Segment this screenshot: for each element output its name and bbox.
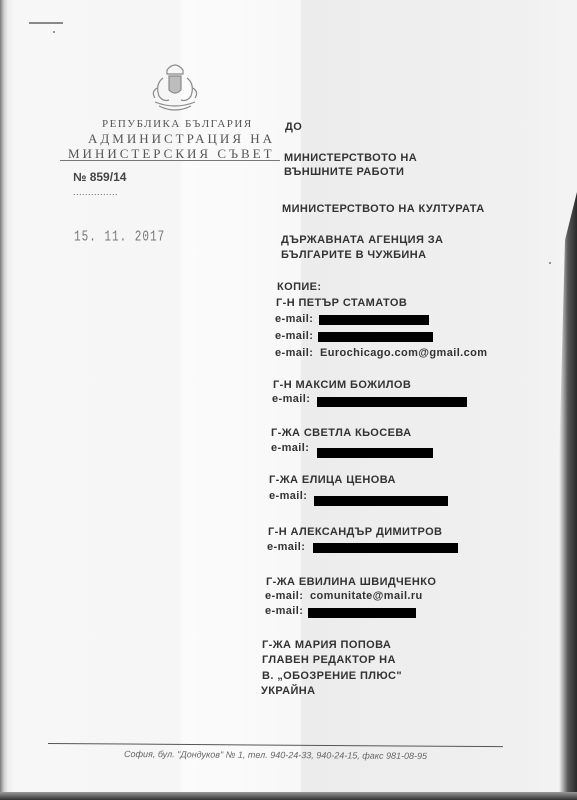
letterhead-line-1: РЕПУБЛИКА БЪЛГАРИЯ (102, 118, 253, 130)
email-label: e-mail: (265, 590, 303, 602)
redaction-bar (313, 543, 458, 553)
copy-4-name: Г-ЖА ЕЛИЦА ЦЕНОВА (269, 474, 396, 486)
scan-bottom-edge (0, 792, 577, 800)
email-label: e-mail: (275, 347, 313, 359)
copy-7-line-3: УКРАЙНА (261, 685, 315, 697)
scan-edge-shadow (547, 0, 577, 800)
recipient-1-line-2: ВЪНШНИТЕ РАБОТИ (284, 166, 404, 178)
copy-7-line-1: ГЛАВЕН РЕДАКТОР НА (262, 654, 396, 666)
email-label: e-mail: (271, 442, 309, 454)
copy-1-name: Г-Н ПЕТЪР СТАМАТОВ (276, 297, 407, 309)
recipient-1-line-1: МИНИСТЕРСТВОТО НА (284, 152, 417, 164)
email-label: e-mail: (267, 541, 305, 553)
email-label: e-mail: (275, 330, 313, 342)
scanned-page: РЕПУБЛИКА БЪЛГАРИЯ АДМИНИСТРАЦИЯ НА МИНИ… (0, 0, 577, 800)
scan-speck (53, 31, 55, 33)
copy-5-name: Г-Н АЛЕКСАНДЪР ДИМИТРОВ (268, 526, 442, 538)
coat-of-arms-icon (145, 58, 205, 118)
redaction-bar (319, 315, 429, 325)
redaction-bar (308, 608, 416, 618)
footer-address: София, бул. "Дондуков" № 1, тел. 940-24-… (124, 749, 427, 761)
registration-number: № 859/14 (73, 170, 126, 184)
to-label: ДО (285, 121, 302, 133)
copy-6-email-1: comunitate@mail.ru (310, 590, 423, 602)
recipient-3-line-1: ДЪРЖАВНАТА АГЕНЦИЯ ЗА (281, 234, 443, 246)
copy-7-line-2: В. „ОБОЗРЕНИЕ ПЛЮС" (262, 670, 402, 682)
recipient-3-line-2: БЪЛГАРИТЕ В ЧУЖБИНА (281, 249, 426, 261)
email-label: e-mail: (265, 605, 303, 617)
email-label: e-mail: (269, 490, 307, 502)
scan-speck (549, 262, 551, 264)
letterhead-line-2: АДМИНИСТРАЦИЯ НА (88, 131, 275, 147)
copy-3-name: Г-ЖА СВЕТЛА КЬОСЕВА (271, 427, 411, 439)
email-label: e-mail: (275, 313, 313, 325)
copy-1-email-3: Eurochicago.com@gmail.com (320, 347, 487, 359)
footer-divider (48, 743, 503, 747)
redaction-bar (318, 332, 433, 342)
copy-7-name: Г-ЖА МАРИЯ ПОПОВА (262, 639, 391, 651)
copies-label: КОПИЕ: (277, 281, 321, 293)
letterhead-divider (60, 160, 280, 161)
copy-2-name: Г-Н МАКСИМ БОЖИЛОВ (273, 379, 411, 391)
redaction-bar (314, 496, 448, 506)
redaction-bar (317, 397, 467, 407)
scan-mark (29, 22, 63, 24)
email-label: e-mail: (272, 393, 310, 405)
recipient-2-line-1: МИНИСТЕРСТВОТО НА КУЛТУРАТА (282, 203, 485, 215)
copy-6-name: Г-ЖА ЕВИЛИНА ШВИДЧЕНКО (266, 576, 436, 588)
date-stamp: 15. 11. 2017 (74, 230, 165, 246)
redaction-bar (317, 448, 433, 458)
dotted-line: ............... (73, 187, 118, 197)
